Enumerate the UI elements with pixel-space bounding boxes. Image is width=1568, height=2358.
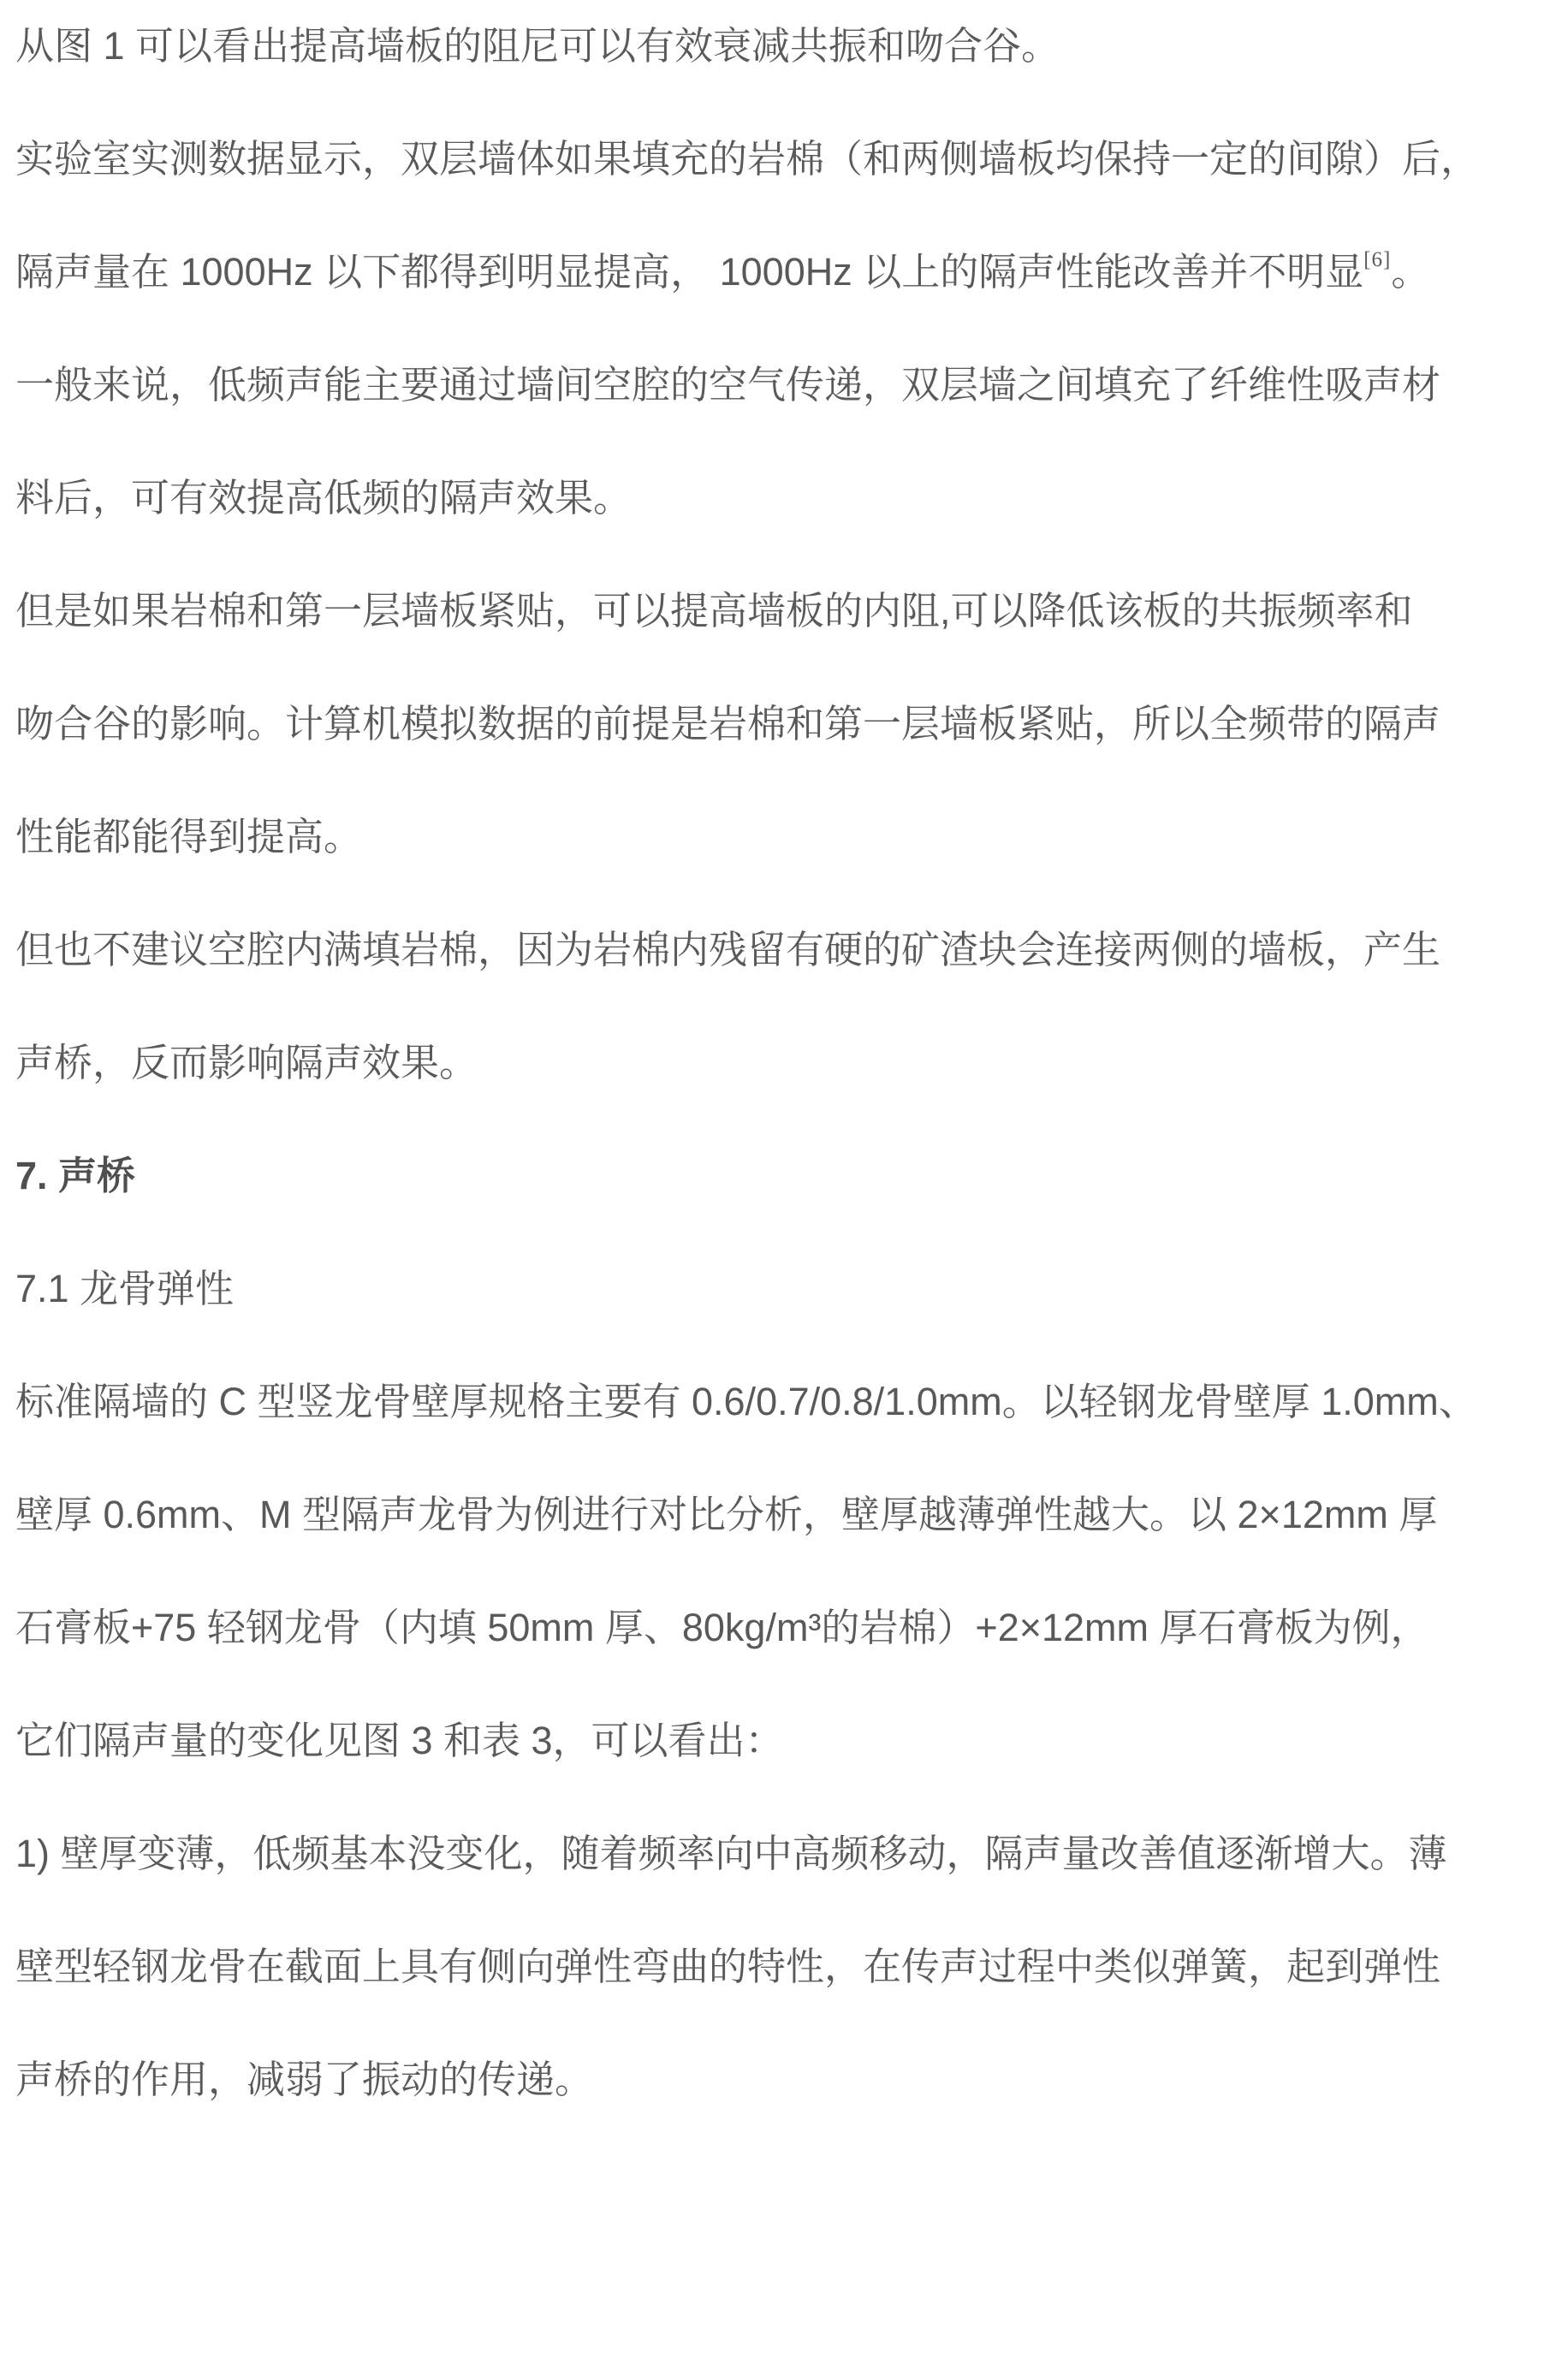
text-line: 声桥，反而影响隔声效果。: [15, 1007, 1525, 1120]
text-line: 标准隔墙的 C 型竖龙骨壁厚规格主要有 0.6/0.7/0.8/1.0mm。以轻…: [15, 1345, 1525, 1458]
article-body: 从图 1 可以看出提高墙板的阻尼可以有效衰减共振和吻合谷。实验室实测数据显示，双…: [0, 0, 1568, 2136]
text-segment: 壁型轻钢龙骨在截面上具有侧向弹性弯曲的特性，在传声过程中类似弹簧，起到弹性: [15, 1945, 1440, 1988]
text-segment: 性能都能得到提高。: [15, 815, 362, 858]
text-line: 隔声量在 1000Hz 以下都得到明显提高， 1000Hz 以上的隔声性能改善并…: [15, 216, 1525, 329]
text-line: 一般来说，低频声能主要通过墙间空腔的空气传递，双层墙之间填充了纤维性吸声材: [15, 329, 1525, 442]
paragraph: 从图 1 可以看出提高墙板的阻尼可以有效衰减共振和吻合谷。: [15, 0, 1525, 103]
section-heading: 7. 声桥: [15, 1120, 1525, 1232]
text-segment: 石膏板+75 轻钢龙骨（内填 50mm 厚、80kg/m³的岩棉）+2×12mm…: [15, 1606, 1429, 1649]
text-segment: 从图 1 可以看出提高墙板的阻尼可以有效衰减共振和吻合谷。: [15, 24, 1060, 68]
text-line: 料后，可有效提高低频的隔声效果。: [15, 442, 1525, 555]
text-segment: 实验室实测数据显示，双层墙体如果填充的岩棉（和两侧墙板均保持一定的间隙）后，: [15, 137, 1479, 181]
text-segment: 一般来说，低频声能主要通过墙间空腔的空气传递，双层墙之间填充了纤维性吸声材: [15, 363, 1440, 407]
text-segment: 声桥的作用，减弱了振动的传递。: [15, 2058, 593, 2101]
paragraph: 标准隔墙的 C 型竖龙骨壁厚规格主要有 0.6/0.7/0.8/1.0mm。以轻…: [15, 1345, 1525, 1797]
text-segment: 标准隔墙的 C 型竖龙骨壁厚规格主要有 0.6/0.7/0.8/1.0mm。以轻…: [15, 1380, 1477, 1423]
paragraph: 一般来说，低频声能主要通过墙间空腔的空气传递，双层墙之间填充了纤维性吸声材料后，…: [15, 329, 1525, 555]
text-segment: 壁厚 0.6mm、M 型隔声龙骨为例进行对比分析，壁厚越薄弹性越大。以 2×12…: [15, 1493, 1437, 1536]
footnote-reference: [6]: [1363, 248, 1391, 271]
text-segment: 7. 声桥: [15, 1154, 135, 1197]
text-segment: 7.1 龙骨弹性: [15, 1267, 234, 1310]
text-line: 7.1 龙骨弹性: [15, 1232, 1525, 1345]
text-segment: 但是如果岩棉和第一层墙板紧贴，可以提高墙板的内阻,可以降低该板的共振频率和: [15, 589, 1413, 633]
text-line: 性能都能得到提高。: [15, 781, 1525, 894]
text-line: 但是如果岩棉和第一层墙板紧贴，可以提高墙板的内阻,可以降低该板的共振频率和: [15, 555, 1525, 668]
text-line: 但也不建议空腔内满填岩棉，因为岩棉内残留有硬的矿渣块会连接两侧的墙板，产生: [15, 894, 1525, 1007]
paragraph: 但也不建议空腔内满填岩棉，因为岩棉内残留有硬的矿渣块会连接两侧的墙板，产生声桥，…: [15, 894, 1525, 1120]
subsection-heading: 7.1 龙骨弹性: [15, 1232, 1525, 1345]
text-line: 壁型轻钢龙骨在截面上具有侧向弹性弯曲的特性，在传声过程中类似弹簧，起到弹性: [15, 1910, 1525, 2023]
text-line: 声桥的作用，减弱了振动的传递。: [15, 2023, 1525, 2136]
text-segment: 料后，可有效提高低频的隔声效果。: [15, 476, 632, 520]
text-line: 石膏板+75 轻钢龙骨（内填 50mm 厚、80kg/m³的岩棉）+2×12mm…: [15, 1571, 1525, 1684]
text-line: 实验室实测数据显示，双层墙体如果填充的岩棉（和两侧墙板均保持一定的间隙）后，: [15, 103, 1525, 216]
text-line: 它们隔声量的变化见图 3 和表 3，可以看出：: [15, 1684, 1525, 1797]
paragraph: 1) 壁厚变薄，低频基本没变化，随着频率向中高频移动，隔声量改善值逐渐增大。薄壁…: [15, 1797, 1525, 2136]
text-segment: 它们隔声量的变化见图 3 和表 3，可以看出：: [15, 1719, 784, 1762]
text-line: 从图 1 可以看出提高墙板的阻尼可以有效衰减共振和吻合谷。: [15, 0, 1525, 103]
text-line: 7. 声桥: [15, 1120, 1525, 1232]
text-segment: 但也不建议空腔内满填岩棉，因为岩棉内残留有硬的矿渣块会连接两侧的墙板，产生: [15, 928, 1440, 971]
text-segment: 吻合谷的影响。计算机模拟数据的前提是岩棉和第一层墙板紧贴，所以全频带的隔声: [15, 702, 1440, 745]
text-segment: 。: [1391, 250, 1429, 294]
text-segment: 隔声量在 1000Hz 以下都得到明显提高， 1000Hz 以上的隔声性能改善并…: [15, 250, 1363, 294]
text-segment: 1) 壁厚变薄，低频基本没变化，随着频率向中高频移动，隔声量改善值逐渐增大。薄: [15, 1832, 1447, 1875]
text-line: 壁厚 0.6mm、M 型隔声龙骨为例进行对比分析，壁厚越薄弹性越大。以 2×12…: [15, 1458, 1525, 1571]
text-line: 1) 壁厚变薄，低频基本没变化，随着频率向中高频移动，隔声量改善值逐渐增大。薄: [15, 1797, 1525, 1910]
text-line: 吻合谷的影响。计算机模拟数据的前提是岩棉和第一层墙板紧贴，所以全频带的隔声: [15, 668, 1525, 781]
paragraph: 但是如果岩棉和第一层墙板紧贴，可以提高墙板的内阻,可以降低该板的共振频率和吻合谷…: [15, 555, 1525, 894]
text-segment: 声桥，反而影响隔声效果。: [15, 1041, 478, 1084]
paragraph: 实验室实测数据显示，双层墙体如果填充的岩棉（和两侧墙板均保持一定的间隙）后，隔声…: [15, 103, 1525, 329]
